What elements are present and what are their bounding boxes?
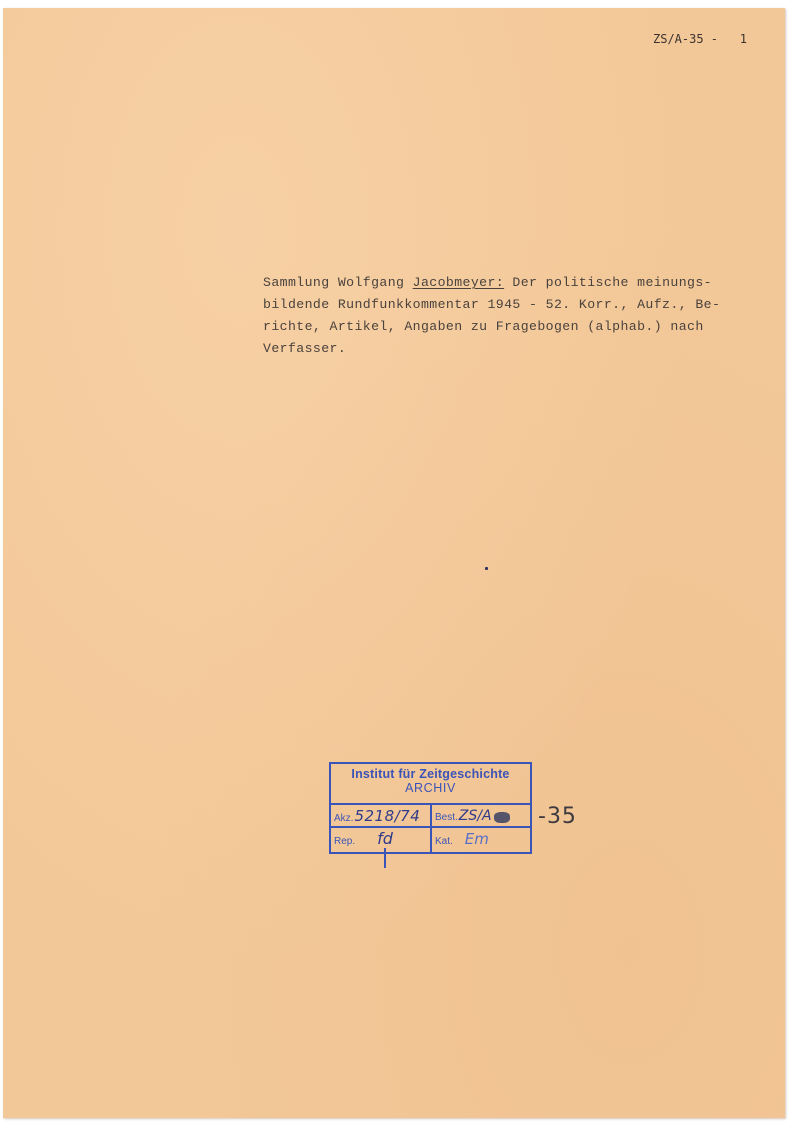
rep-initials: fd — [377, 829, 393, 848]
typed-line-2: bildende Rundfunkkommentar 1945 - 52. Ko… — [263, 294, 773, 316]
typed-line-1: Sammlung Wolfgang Jacobmeyer: Der politi… — [263, 272, 773, 294]
typed-text: Sammlung Wolfgang — [263, 275, 413, 290]
archive-stamp: Institut für Zeitgeschichte ARCHIV Akz.5… — [329, 762, 532, 854]
signature-tail — [384, 848, 386, 868]
page-reference: ZS/A-35 - 1 — [653, 32, 747, 46]
kat-initials: Em — [465, 830, 489, 848]
crossed-out-scribble — [494, 812, 510, 823]
stamp-cell-best: Best.ZS/A — [432, 805, 530, 826]
stamp-cell-rep: Rep.fd — [331, 828, 432, 852]
collector-name: Jacobmeyer: — [413, 275, 504, 290]
stamp-cell-akz: Akz.5218/74 — [331, 805, 432, 826]
handwritten-suffix: -35 — [538, 804, 577, 829]
typed-line-3: richte, Artikel, Angaben zu Fragebogen (… — [263, 316, 773, 338]
typed-description: Sammlung Wolfgang Jacobmeyer: Der politi… — [263, 272, 773, 360]
stamp-cell-kat: Kat.Em — [432, 828, 530, 852]
rep-label: Rep. — [334, 836, 355, 847]
stamp-institution: Institut für Zeitgeschichte — [331, 767, 530, 781]
typed-text: Der politische meinungs- — [504, 275, 712, 290]
typed-line-4: Verfasser. — [263, 338, 773, 360]
akz-value: 5218/74 — [354, 807, 420, 825]
scanned-paper-page: ZS/A-35 - 1 Sammlung Wolfgang Jacobmeyer… — [3, 8, 785, 1118]
best-label: Best. — [435, 812, 458, 823]
kat-label: Kat. — [435, 836, 453, 847]
stamp-header: Institut für Zeitgeschichte ARCHIV — [331, 764, 530, 805]
best-value: ZS/A — [459, 808, 492, 824]
stamp-row-rep: Rep.fd Kat.Em — [331, 828, 530, 852]
stamp-row-accession: Akz.5218/74 Best.ZS/A — [331, 805, 530, 828]
ink-speck — [485, 567, 488, 570]
stamp-department: ARCHIV — [331, 781, 530, 795]
akz-label: Akz. — [334, 813, 353, 824]
